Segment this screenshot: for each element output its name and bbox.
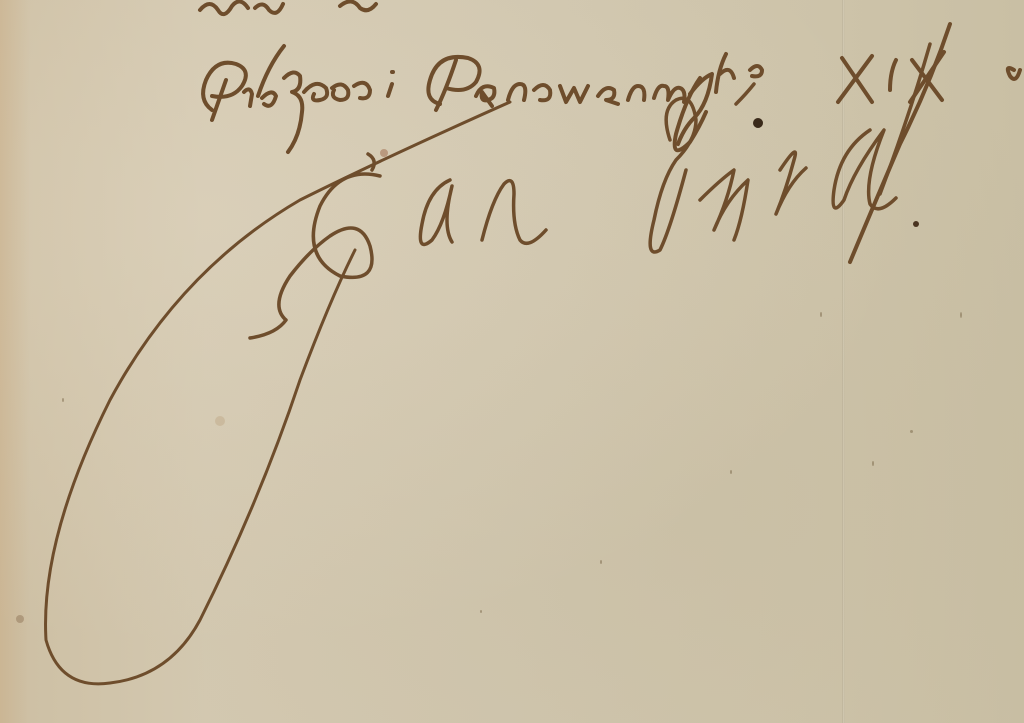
signature-period xyxy=(913,221,919,227)
document-page xyxy=(0,0,1024,723)
signature xyxy=(46,44,930,684)
ink-blot xyxy=(753,118,763,128)
signature-flourish xyxy=(46,102,510,684)
handwriting-ink xyxy=(0,0,1024,723)
text-line-top-partial xyxy=(200,1,376,14)
